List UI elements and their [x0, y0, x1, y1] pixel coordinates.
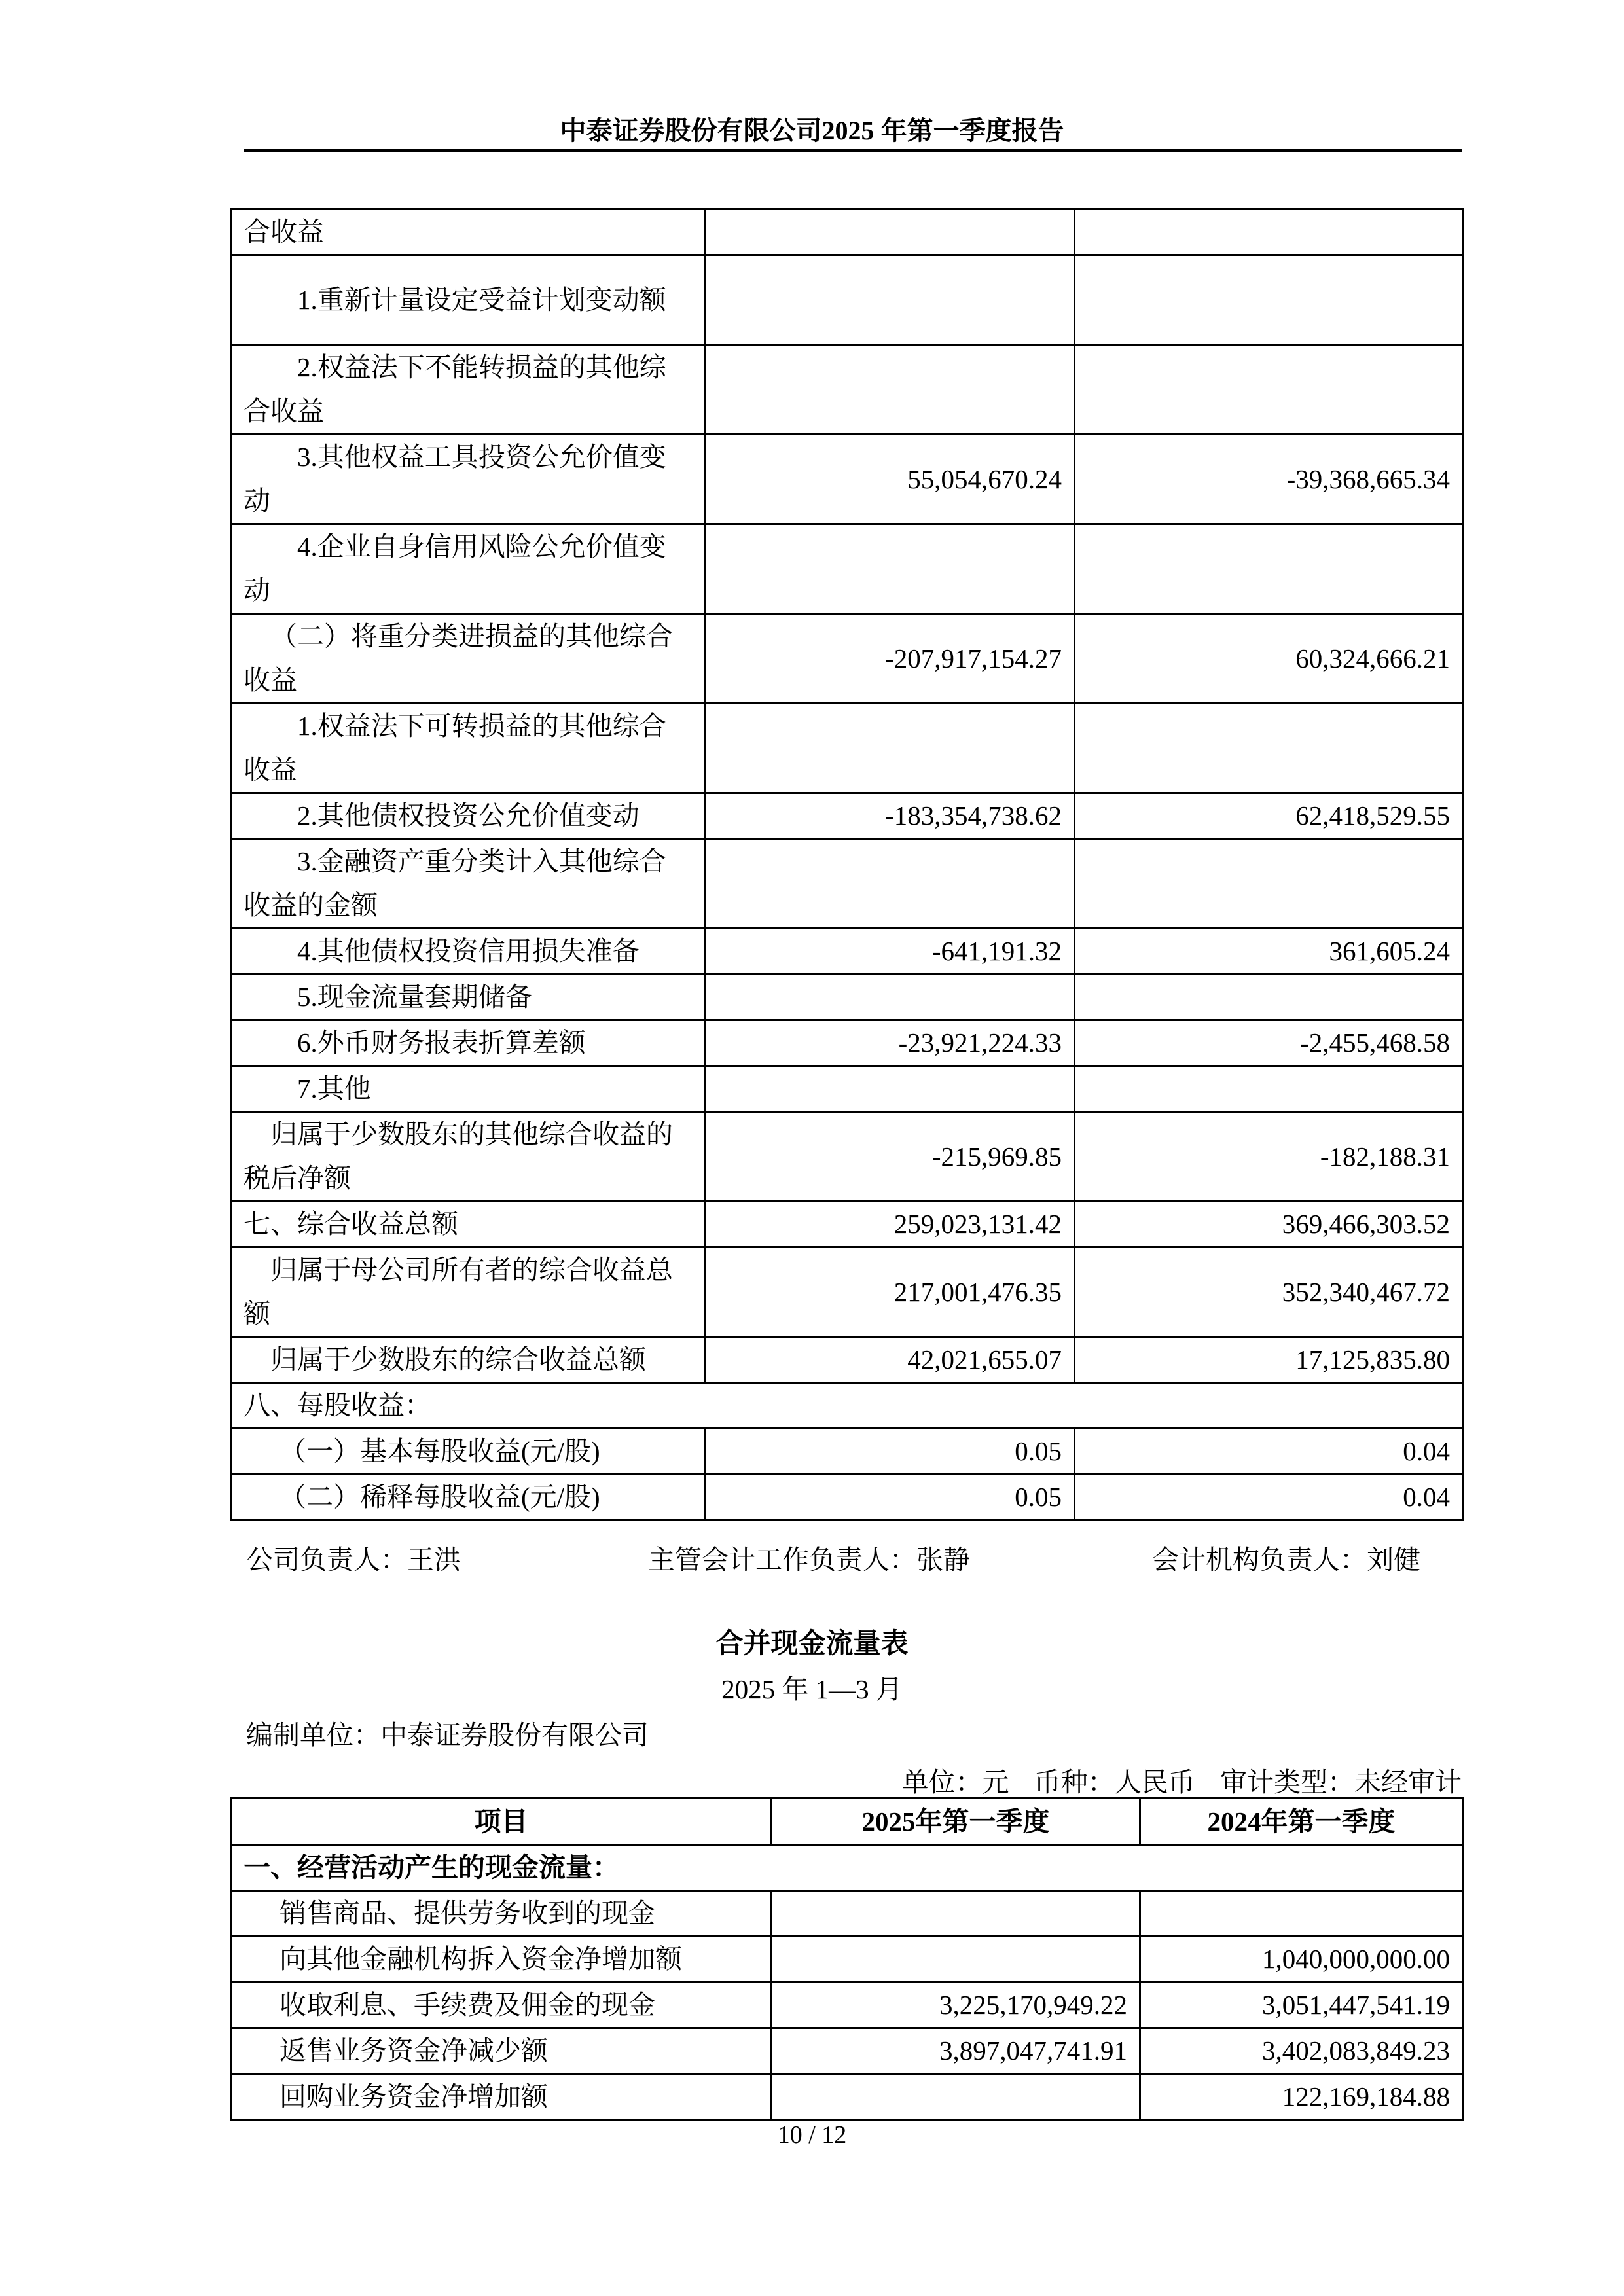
- value-2025q1: [772, 2074, 1140, 2120]
- value-2025q1: [705, 1066, 1075, 1112]
- audit-type-label: 审计类型：未经审计: [1220, 1767, 1462, 1797]
- row-label: 4.企业自身信用风险公允价值变动: [231, 524, 705, 614]
- header-rule: [244, 149, 1462, 152]
- value-2025q1: [705, 345, 1075, 435]
- value-2024q1: 62,418,529.55: [1075, 793, 1463, 839]
- table-row: 2.权益法下不能转损益的其他综合收益: [231, 345, 1463, 435]
- table-row: 1.权益法下可转损益的其他综合收益: [231, 704, 1463, 793]
- value-2024q1: [1075, 1066, 1463, 1112]
- row-label: 回购业务资金净增加额: [231, 2074, 772, 2120]
- value-2025q1: 42,021,655.07: [705, 1337, 1075, 1383]
- row-label: 1.重新计量设定受益计划变动额: [231, 255, 705, 345]
- row-label: 收取利息、手续费及佣金的现金: [231, 1982, 772, 2028]
- value-2024q1: 361,605.24: [1075, 929, 1463, 975]
- value-2024q1: 1,040,000,000.00: [1140, 1937, 1463, 1982]
- table-row: 销售商品、提供劳务收到的现金: [231, 1891, 1463, 1937]
- table-row: 5.现金流量套期储备: [231, 975, 1463, 1020]
- row-label: 7.其他: [231, 1066, 705, 1112]
- row-label: （二）稀释每股收益(元/股): [231, 1475, 705, 1520]
- value-2024q1: [1075, 839, 1463, 929]
- value-2025q1: [772, 1891, 1140, 1937]
- table-row: 归属于少数股东的综合收益总额42,021,655.0717,125,835.80: [231, 1337, 1463, 1383]
- table-row: 向其他金融机构拆入资金净增加额1,040,000,000.00: [231, 1937, 1463, 1982]
- currency-label: 币种：人民币: [1034, 1767, 1195, 1797]
- unit-line: 单位：元 币种：人民币 审计类型：未经审计: [884, 1761, 1462, 1799]
- value-2024q1: 352,340,467.72: [1075, 1247, 1463, 1337]
- value-2024q1: [1075, 704, 1463, 793]
- preparer-unit: 编制单位：中泰证券股份有限公司: [246, 1713, 649, 1752]
- row-label: 八、每股收益：: [231, 1383, 1463, 1429]
- page-number: 10 / 12: [0, 2121, 1624, 2149]
- row-label: 销售商品、提供劳务收到的现金: [231, 1891, 772, 1937]
- value-2024q1: 60,324,666.21: [1075, 614, 1463, 704]
- value-2024q1: 3,402,083,849.23: [1140, 2028, 1463, 2074]
- table-row: 归属于少数股东的其他综合收益的税后净额-215,969.85-182,188.3…: [231, 1112, 1463, 1202]
- column-header-2025q1: 2025年第一季度: [772, 1799, 1140, 1845]
- row-label: 归属于母公司所有者的综合收益总额: [231, 1247, 705, 1337]
- income-statement-table: 合收益1.重新计量设定受益计划变动额2.权益法下不能转损益的其他综合收益3.其他…: [230, 208, 1464, 1521]
- value-2025q1: [772, 1937, 1140, 1982]
- table-row: 1.重新计量设定受益计划变动额: [231, 255, 1463, 345]
- row-label: 2.其他债权投资公允价值变动: [231, 793, 705, 839]
- value-2025q1: -641,191.32: [705, 929, 1075, 975]
- value-2025q1: 55,054,670.24: [705, 435, 1075, 524]
- value-2024q1: 17,125,835.80: [1075, 1337, 1463, 1383]
- value-2025q1: 259,023,131.42: [705, 1202, 1075, 1247]
- table-row: 合收益: [231, 209, 1463, 255]
- table-row: 7.其他: [231, 1066, 1463, 1112]
- value-2024q1: [1075, 524, 1463, 614]
- row-label: （一）基本每股收益(元/股): [231, 1429, 705, 1475]
- row-label: 3.金融资产重分类计入其他综合收益的金额: [231, 839, 705, 929]
- value-2025q1: 3,897,047,741.91: [772, 2028, 1140, 2074]
- table-row: 七、综合收益总额259,023,131.42369,466,303.52: [231, 1202, 1463, 1247]
- value-2025q1: -207,917,154.27: [705, 614, 1075, 704]
- table-row: 4.企业自身信用风险公允价值变动: [231, 524, 1463, 614]
- value-2025q1: 3,225,170,949.22: [772, 1982, 1140, 2028]
- row-label: （二）将重分类进损益的其他综合收益: [231, 614, 705, 704]
- value-2025q1: [705, 839, 1075, 929]
- table-row: 回购业务资金净增加额122,169,184.88: [231, 2074, 1463, 2120]
- accounting-head-signature: 主管会计工作负责人：张静: [648, 1538, 970, 1577]
- value-2024q1: -39,368,665.34: [1075, 435, 1463, 524]
- table-row: 一、经营活动产生的现金流量：: [231, 1845, 1463, 1891]
- row-label: 归属于少数股东的综合收益总额: [231, 1337, 705, 1383]
- value-2025q1: 217,001,476.35: [705, 1247, 1075, 1337]
- row-label: 七、综合收益总额: [231, 1202, 705, 1247]
- table-row: 八、每股收益：: [231, 1383, 1463, 1429]
- row-label: 归属于少数股东的其他综合收益的税后净额: [231, 1112, 705, 1202]
- value-2024q1: -2,455,468.58: [1075, 1020, 1463, 1066]
- value-2024q1: [1075, 209, 1463, 255]
- value-2024q1: 3,051,447,541.19: [1140, 1982, 1463, 2028]
- value-2025q1: -23,921,224.33: [705, 1020, 1075, 1066]
- value-2024q1: [1075, 255, 1463, 345]
- column-header-item: 项目: [231, 1799, 772, 1845]
- table-row: 收取利息、手续费及佣金的现金3,225,170,949.223,051,447,…: [231, 1982, 1463, 2028]
- value-2024q1: 0.04: [1075, 1429, 1463, 1475]
- table-row: 归属于母公司所有者的综合收益总额217,001,476.35352,340,46…: [231, 1247, 1463, 1337]
- value-2025q1: [705, 975, 1075, 1020]
- table-row: 6.外币财务报表折算差额-23,921,224.33-2,455,468.58: [231, 1020, 1463, 1066]
- table-row: 2.其他债权投资公允价值变动-183,354,738.6262,418,529.…: [231, 793, 1463, 839]
- row-label: 3.其他权益工具投资公允价值变动: [231, 435, 705, 524]
- table-row: 3.金融资产重分类计入其他综合收益的金额: [231, 839, 1463, 929]
- table-row: （一）基本每股收益(元/股)0.050.04: [231, 1429, 1463, 1475]
- row-label: 1.权益法下可转损益的其他综合收益: [231, 704, 705, 793]
- accounting-org-head-signature: 会计机构负责人：刘健: [1152, 1538, 1420, 1577]
- row-label: 向其他金融机构拆入资金净增加额: [231, 1937, 772, 1982]
- unit-label: 单位：元: [902, 1767, 1009, 1797]
- cash-flow-table: 项目 2025年第一季度 2024年第一季度 一、经营活动产生的现金流量：销售商…: [230, 1797, 1464, 2121]
- column-header-2024q1: 2024年第一季度: [1140, 1799, 1463, 1845]
- value-2024q1: -182,188.31: [1075, 1112, 1463, 1202]
- table-row: 4.其他债权投资信用损失准备-641,191.32361,605.24: [231, 929, 1463, 975]
- value-2025q1: [705, 704, 1075, 793]
- row-label: 2.权益法下不能转损益的其他综合收益: [231, 345, 705, 435]
- row-label: 6.外币财务报表折算差额: [231, 1020, 705, 1066]
- value-2025q1: 0.05: [705, 1475, 1075, 1520]
- value-2025q1: -183,354,738.62: [705, 793, 1075, 839]
- row-label: 5.现金流量套期储备: [231, 975, 705, 1020]
- value-2024q1: 0.04: [1075, 1475, 1463, 1520]
- report-header-title: 中泰证券股份有限公司2025 年第一季度报告: [0, 110, 1624, 147]
- table-row: 返售业务资金净减少额3,897,047,741.913,402,083,849.…: [231, 2028, 1463, 2074]
- table-row: （二）稀释每股收益(元/股)0.050.04: [231, 1475, 1463, 1520]
- value-2025q1: [705, 209, 1075, 255]
- value-2025q1: [705, 524, 1075, 614]
- value-2025q1: 0.05: [705, 1429, 1075, 1475]
- value-2025q1: -215,969.85: [705, 1112, 1075, 1202]
- value-2024q1: [1075, 975, 1463, 1020]
- table-row: 3.其他权益工具投资公允价值变动55,054,670.24-39,368,665…: [231, 435, 1463, 524]
- value-2025q1: [705, 255, 1075, 345]
- value-2024q1: [1075, 345, 1463, 435]
- row-label: 4.其他债权投资信用损失准备: [231, 929, 705, 975]
- row-label: 合收益: [231, 209, 705, 255]
- row-label: 一、经营活动产生的现金流量：: [231, 1845, 1463, 1891]
- value-2024q1: 122,169,184.88: [1140, 2074, 1463, 2120]
- row-label: 返售业务资金净减少额: [231, 2028, 772, 2074]
- table-row: （二）将重分类进损益的其他综合收益-207,917,154.2760,324,6…: [231, 614, 1463, 704]
- cash-flow-title: 合并现金流量表: [0, 1622, 1624, 1661]
- cash-flow-period: 2025 年 1—3 月: [0, 1668, 1624, 1706]
- value-2024q1: 369,466,303.52: [1075, 1202, 1463, 1247]
- value-2024q1: [1140, 1891, 1463, 1937]
- company-head-signature: 公司负责人：王洪: [246, 1538, 461, 1577]
